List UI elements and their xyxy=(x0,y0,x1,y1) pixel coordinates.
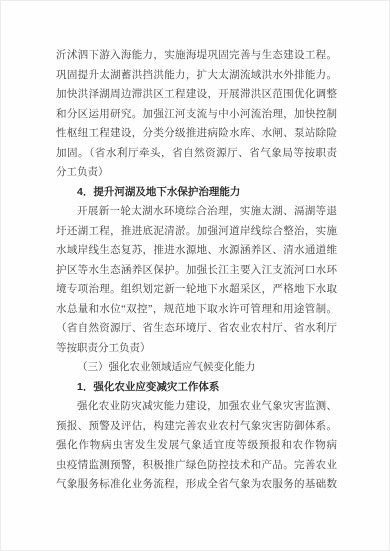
text-line: 等按职责分工负责） xyxy=(56,339,337,359)
text-run: 境专项治理。组织划定新一轮地下水超采区，严格地下水取 xyxy=(56,284,337,295)
text-line: 性枢纽工程建设，分类分级推进病险水库、水闸、泵站除险 xyxy=(56,124,337,144)
text-run: （省水利厅牵头，省自然资源厅、省气象局等按职责 xyxy=(89,147,337,159)
text-run: 加快洪泽湖周边滞洪区工程建设，开展滞洪区范围优化调整 xyxy=(56,89,337,100)
text-line: 境专项治理。组织划定新一轮地下水超采区，严格地下水取 xyxy=(56,280,337,300)
text-run: 预报、预警及评估，构建完善农业农村气象灾害防御体系。 xyxy=(56,421,337,432)
text-line: 强化作物病虫害发生发展气象适宜度等级预报和农作物病 xyxy=(56,436,337,456)
text-run: 强化农业防灾减灾能力建设，加强农业气象灾害监测、 xyxy=(77,401,337,412)
text-line: 加快洪泽湖周边滞洪区工程建设，开展滞洪区范围优化调整 xyxy=(56,85,337,105)
text-run: 分工负责） xyxy=(56,166,109,178)
text-line: 分工负责） xyxy=(56,163,337,183)
text-line: （省自然资源厅、省生态环境厅、省农业农村厅、省水利厅 xyxy=(56,319,337,339)
text-run: 等按职责分工负责） xyxy=(56,342,151,354)
section-heading-1: 1．强化农业应变减灾工作体系 xyxy=(56,378,337,398)
text-line: 强化农业防灾减灾能力建设，加强农业气象灾害监测、 xyxy=(56,397,337,417)
text-line: 圩还湖工程，推进底泥清淤。加强河道岸线综合整治，实施 xyxy=(56,222,337,242)
text-line: 开展新一轮太湖水环境综合治理，实施太湖、滆湖等退 xyxy=(56,202,337,222)
text-line: 水域岸线生态复苏，推进水源地、水源涵养区、清水通道维 xyxy=(56,241,337,261)
text-run: 开展新一轮太湖水环境综合治理，实施太湖、滆湖等退 xyxy=(77,206,337,217)
text-run: 强化作物病虫害发生发展气象适宜度等级预报和农作物病 xyxy=(56,440,337,451)
text-line: 虫疫情监测预警，积极推广绿色防控技术和产品。完善农业 xyxy=(56,456,337,476)
text-run: 护区等水生态涵养区保护。加强长江主要入江支流河口水环 xyxy=(56,265,337,276)
text-line: 加固。（省水利厅牵头，省自然资源厅、省气象局等按职责 xyxy=(56,144,337,164)
text-run: 性枢纽工程建设，分类分级推进病险水库、水闸、泵站除险 xyxy=(56,128,337,139)
text-line: 水总量和水位“双控”，规范地下取水许可管理和用途管制。 xyxy=(56,300,337,320)
text-run: 沂沭泗下游入海能力，实施海堤巩固完善与生态建设工程。 xyxy=(56,50,337,61)
section-heading-4: 4．提升河湖及地下水保护治理能力 xyxy=(56,183,337,203)
subsection-heading-3: （三）强化农业领域适应气候变化能力 xyxy=(56,358,337,378)
text-run: （省自然资源厅、省生态环境厅、省农业农村厅、省水利厅 xyxy=(56,322,337,334)
text-line: 预报、预警及评估，构建完善农业农村气象灾害防御体系。 xyxy=(56,417,337,437)
text-run: 4．提升河湖及地下水保护治理能力 xyxy=(77,186,240,198)
document-page: 沂沭泗下游入海能力，实施海堤巩固完善与生态建设工程。巩固提升太湖蓄洪挡洪能力，扩… xyxy=(0,0,390,551)
text-run: 虫疫情监测预警，积极推广绿色防控技术和产品。完善农业 xyxy=(56,460,337,471)
text-line: 和分区运用研究。加强江河支流与中小河流治理，加快控制 xyxy=(56,105,337,125)
text-run: 水总量和水位“双控”，规范地下取水许可管理和用途管制。 xyxy=(56,304,337,315)
text-line: 护区等水生态涵养区保护。加强长江主要入江支流河口水环 xyxy=(56,261,337,281)
text-line: 气象服务标准化业务流程，形成全省气象为农服务的基础数 xyxy=(56,475,337,495)
text-run: 加固。 xyxy=(56,148,89,159)
text-run: （三）强化农业领域适应气候变化能力 xyxy=(77,361,256,373)
text-run: 气象服务标准化业务流程，形成全省气象为农服务的基础数 xyxy=(56,479,337,490)
text-line: 巩固提升太湖蓄洪挡洪能力，扩大太湖流域洪水外排能力。 xyxy=(56,66,337,86)
text-run: 巩固提升太湖蓄洪挡洪能力，扩大太湖流域洪水外排能力。 xyxy=(56,70,337,81)
text-line: 沂沭泗下游入海能力，实施海堤巩固完善与生态建设工程。 xyxy=(56,46,337,66)
text-run: 和分区运用研究。加强江河支流与中小河流治理，加快控制 xyxy=(56,109,337,120)
text-run: 圩还湖工程，推进底泥清淤。加强河道岸线综合整治，实施 xyxy=(56,226,337,237)
text-run: 水域岸线生态复苏，推进水源地、水源涵养区、清水通道维 xyxy=(56,245,337,256)
document-text-block: 沂沭泗下游入海能力，实施海堤巩固完善与生态建设工程。巩固提升太湖蓄洪挡洪能力，扩… xyxy=(56,46,337,495)
text-run: 1．强化农业应变减灾工作体系 xyxy=(77,381,219,393)
